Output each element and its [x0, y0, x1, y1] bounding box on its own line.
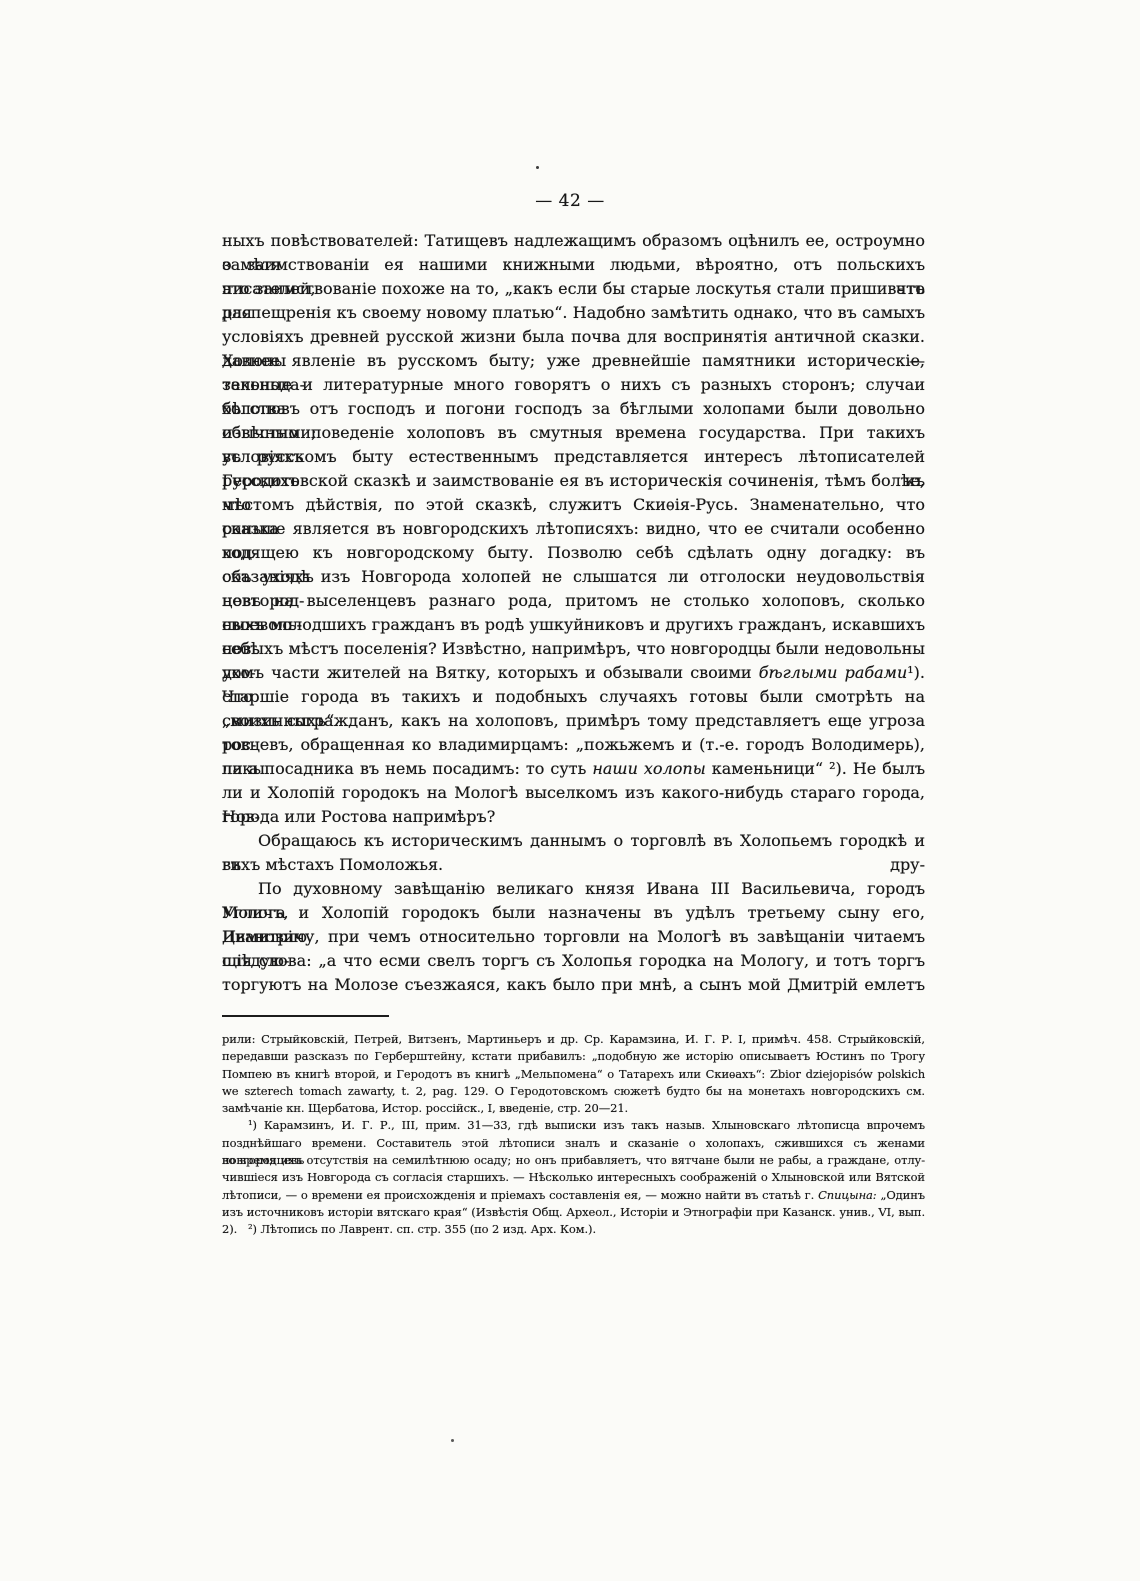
text-line: ныхъ повѣствователей: Татищевъ надлежащи… [222, 229, 925, 253]
footnote-line: лѣтописи, — о времени ея происхожденія и… [222, 1187, 925, 1204]
footnote-line: we szterech tomach zawarty, t. 2, pag. 1… [222, 1083, 925, 1100]
text-line: ныхъ молодшихъ гражданъ въ родѣ ушкуйник… [222, 613, 925, 637]
text-line: холоповъ отъ господъ и погони господъ за… [222, 397, 925, 421]
text-line: о заимствованіи ея нашими книжными людьм… [222, 253, 925, 277]
footnote-line: передавши разсказъ по Герберштейну, кста… [222, 1048, 925, 1065]
text-line: это заимствованіе похоже на то, „какъ ес… [222, 277, 925, 301]
body-text: ныхъ повѣствователей: Татищевъ надлежащи… [222, 229, 925, 997]
text-line: старшіе города въ такихъ и подобныхъ слу… [222, 685, 925, 709]
footnote-line: позднѣйшаго времени. Составитель этой лѣ… [222, 1135, 925, 1152]
text-line: ли а посадника въ немь посадимъ: то суть… [222, 757, 925, 781]
footnote-line: Помпею въ книгѣ второй, и Геродотъ въ кн… [222, 1066, 925, 1083]
paragraph: ныхъ повѣствователей: Татищевъ надлежащи… [222, 229, 925, 829]
paragraph: По духовному завѣщанію великаго князя Ив… [222, 877, 925, 997]
text-line: Молога и Холопій городокъ были назначены… [222, 901, 925, 925]
footnote-separator [222, 1015, 389, 1017]
text-line: раньше является въ новгородскихъ лѣтопис… [222, 517, 925, 541]
text-line: щія слова: „а что есми свелъ торгъ съ Хо… [222, 949, 925, 973]
scan-speck [451, 1439, 454, 1442]
footnote-line: ¹) Карамзинъ, И. Г. Р., III, прим. 31—33… [222, 1117, 925, 1134]
footnote-line: рили: Стрыйковскій, Петрей, Витзенъ, Мар… [222, 1031, 925, 1048]
footnote-line: чившіеся изъ Новгорода съ согласія старш… [222, 1169, 925, 1186]
footnote-line: замѣчаніе кн. Щербатова, Истор. россійск… [222, 1100, 925, 1117]
text-line: тельные и литературные много говорятъ о … [222, 373, 925, 397]
text-line: торгуютъ на Молозе съезжаяся, какъ было … [222, 973, 925, 997]
text-line: объ уходѣ изъ Новгорода холопей не слыша… [222, 565, 925, 589]
footnote-line: изъ источниковъ исторіи вятскаго края“ (… [222, 1204, 925, 1221]
text-line: города или Ростова напримѣръ? [222, 805, 925, 829]
text-line: ходящею къ новгородскому быту. Позволю с… [222, 541, 925, 565]
text-line: цевъ на выселенцевъ разнаго рода, притом… [222, 589, 925, 613]
text-line: домъ части жителей на Вятку, которыхъ и … [222, 661, 925, 685]
text-line: распещренія къ своему новому платью“. На… [222, 301, 925, 325]
text-line: Обращаюсь къ историческимъ даннымъ о тор… [222, 829, 925, 853]
paragraph: ²) Лѣтопись по Лаврент. сп. стр. 355 (по… [222, 1221, 925, 1238]
text-line: давнее явленіе въ русскомъ быту; уже дре… [222, 349, 925, 373]
text-line: товцевъ, обращенная ко владимирцамъ: „по… [222, 733, 925, 757]
scan-speck [536, 166, 539, 169]
book-page: — 42 — ныхъ повѣствователей: Татищевъ на… [0, 0, 1140, 1581]
paragraph: рили: Стрыйковскій, Петрей, Витзенъ, Мар… [222, 1031, 925, 1117]
paragraph: ¹) Карамзинъ, И. Г. Р., III, прим. 31—33… [222, 1117, 925, 1221]
text-line: Геродотовской сказкѣ и заимствованіе ея … [222, 469, 925, 493]
text-line: ли и Холопій городокъ на Мологѣ выселком… [222, 781, 925, 805]
text-line: новыхъ мѣстъ поселенія? Извѣстно, наприм… [222, 637, 925, 661]
text-line: своихъ согражданъ, какъ на холоповъ, при… [222, 709, 925, 733]
text-line: Ивановичу, при чемъ относительно торговл… [222, 925, 925, 949]
paragraph: Обращаюсь къ историческимъ даннымъ о тор… [222, 829, 925, 877]
footnote-line: ²) Лѣтопись по Лаврент. сп. стр. 355 (по… [222, 1221, 925, 1238]
page-number: — 42 — [0, 191, 1140, 211]
footnote-line: во время ихъ отсутствія на семилѣтнюю ос… [222, 1152, 925, 1169]
text-line: По духовному завѣщанію великаго князя Ив… [222, 877, 925, 901]
text-line: мѣстомъ дѣйствія, по этой сказкѣ, служит… [222, 493, 925, 517]
text-line: въ русскомъ быту естественнымъ представл… [222, 445, 925, 469]
footnotes: рили: Стрыйковскій, Петрей, Витзенъ, Мар… [222, 1031, 925, 1239]
text-line: извѣстно поведеніе холоповъ въ смутныя в… [222, 421, 925, 445]
text-line: условіяхъ древней русской жизни была поч… [222, 325, 925, 349]
